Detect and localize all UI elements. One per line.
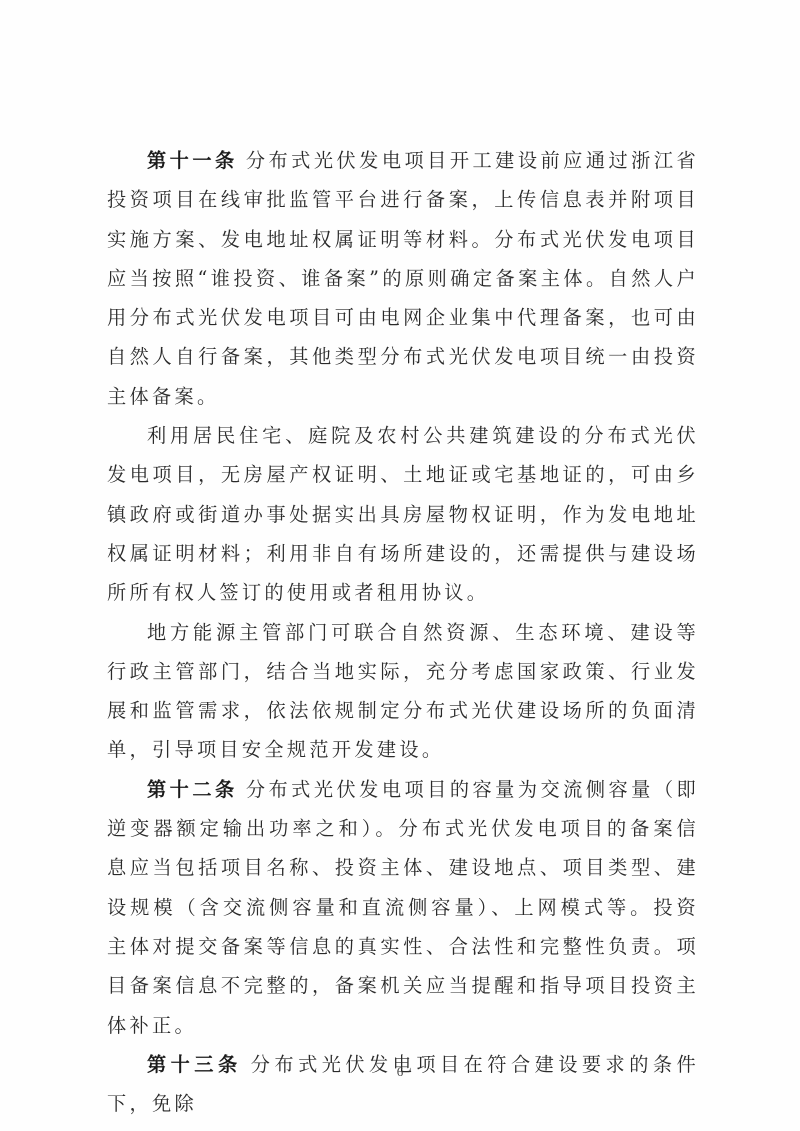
paragraph-article-13: 第十三条分布式光伏发电项目在符合建设要求的条件下，免除 — [107, 1045, 699, 1124]
paragraph-residential-proof: 利用居民住宅、庭院及农村公共建筑建设的分布式光伏发电项目，无房屋产权证明、土地证… — [107, 416, 699, 612]
paragraph-text: 地方能源主管部门可联合自然资源、生态环境、建设等行政主管部门，结合当地实际，充分… — [107, 621, 699, 762]
paragraph-article-12: 第十二条分布式光伏发电项目的容量为交流侧容量（即逆变器额定输出功率之和）。分布式… — [107, 770, 699, 1045]
paragraph-negative-list: 地方能源主管部门可联合自然资源、生态环境、建设等行政主管部门，结合当地实际，充分… — [107, 613, 699, 770]
article-number: 第十二条 — [147, 778, 238, 801]
paragraph-text: 分布式光伏发电项目开工建设前应通过浙江省投资项目在线审批监管平台进行备案，上传信… — [107, 149, 699, 408]
document-page: 第十一条分布式光伏发电项目开工建设前应通过浙江省投资项目在线审批监管平台进行备案… — [0, 0, 800, 1131]
paragraph-text: 分布式光伏发电项目的容量为交流侧容量（即逆变器额定输出功率之和）。分布式光伏发电… — [107, 778, 699, 1037]
paragraph-text: 利用居民住宅、庭院及农村公共建筑建设的分布式光伏发电项目，无房屋产权证明、土地证… — [107, 424, 699, 604]
page-number: 6 — [0, 1064, 800, 1080]
document-body: 第十一条分布式光伏发电项目开工建设前应通过浙江省投资项目在线审批监管平台进行备案… — [107, 141, 699, 1123]
article-number: 第十一条 — [147, 149, 238, 172]
paragraph-article-11: 第十一条分布式光伏发电项目开工建设前应通过浙江省投资项目在线审批监管平台进行备案… — [107, 141, 699, 416]
